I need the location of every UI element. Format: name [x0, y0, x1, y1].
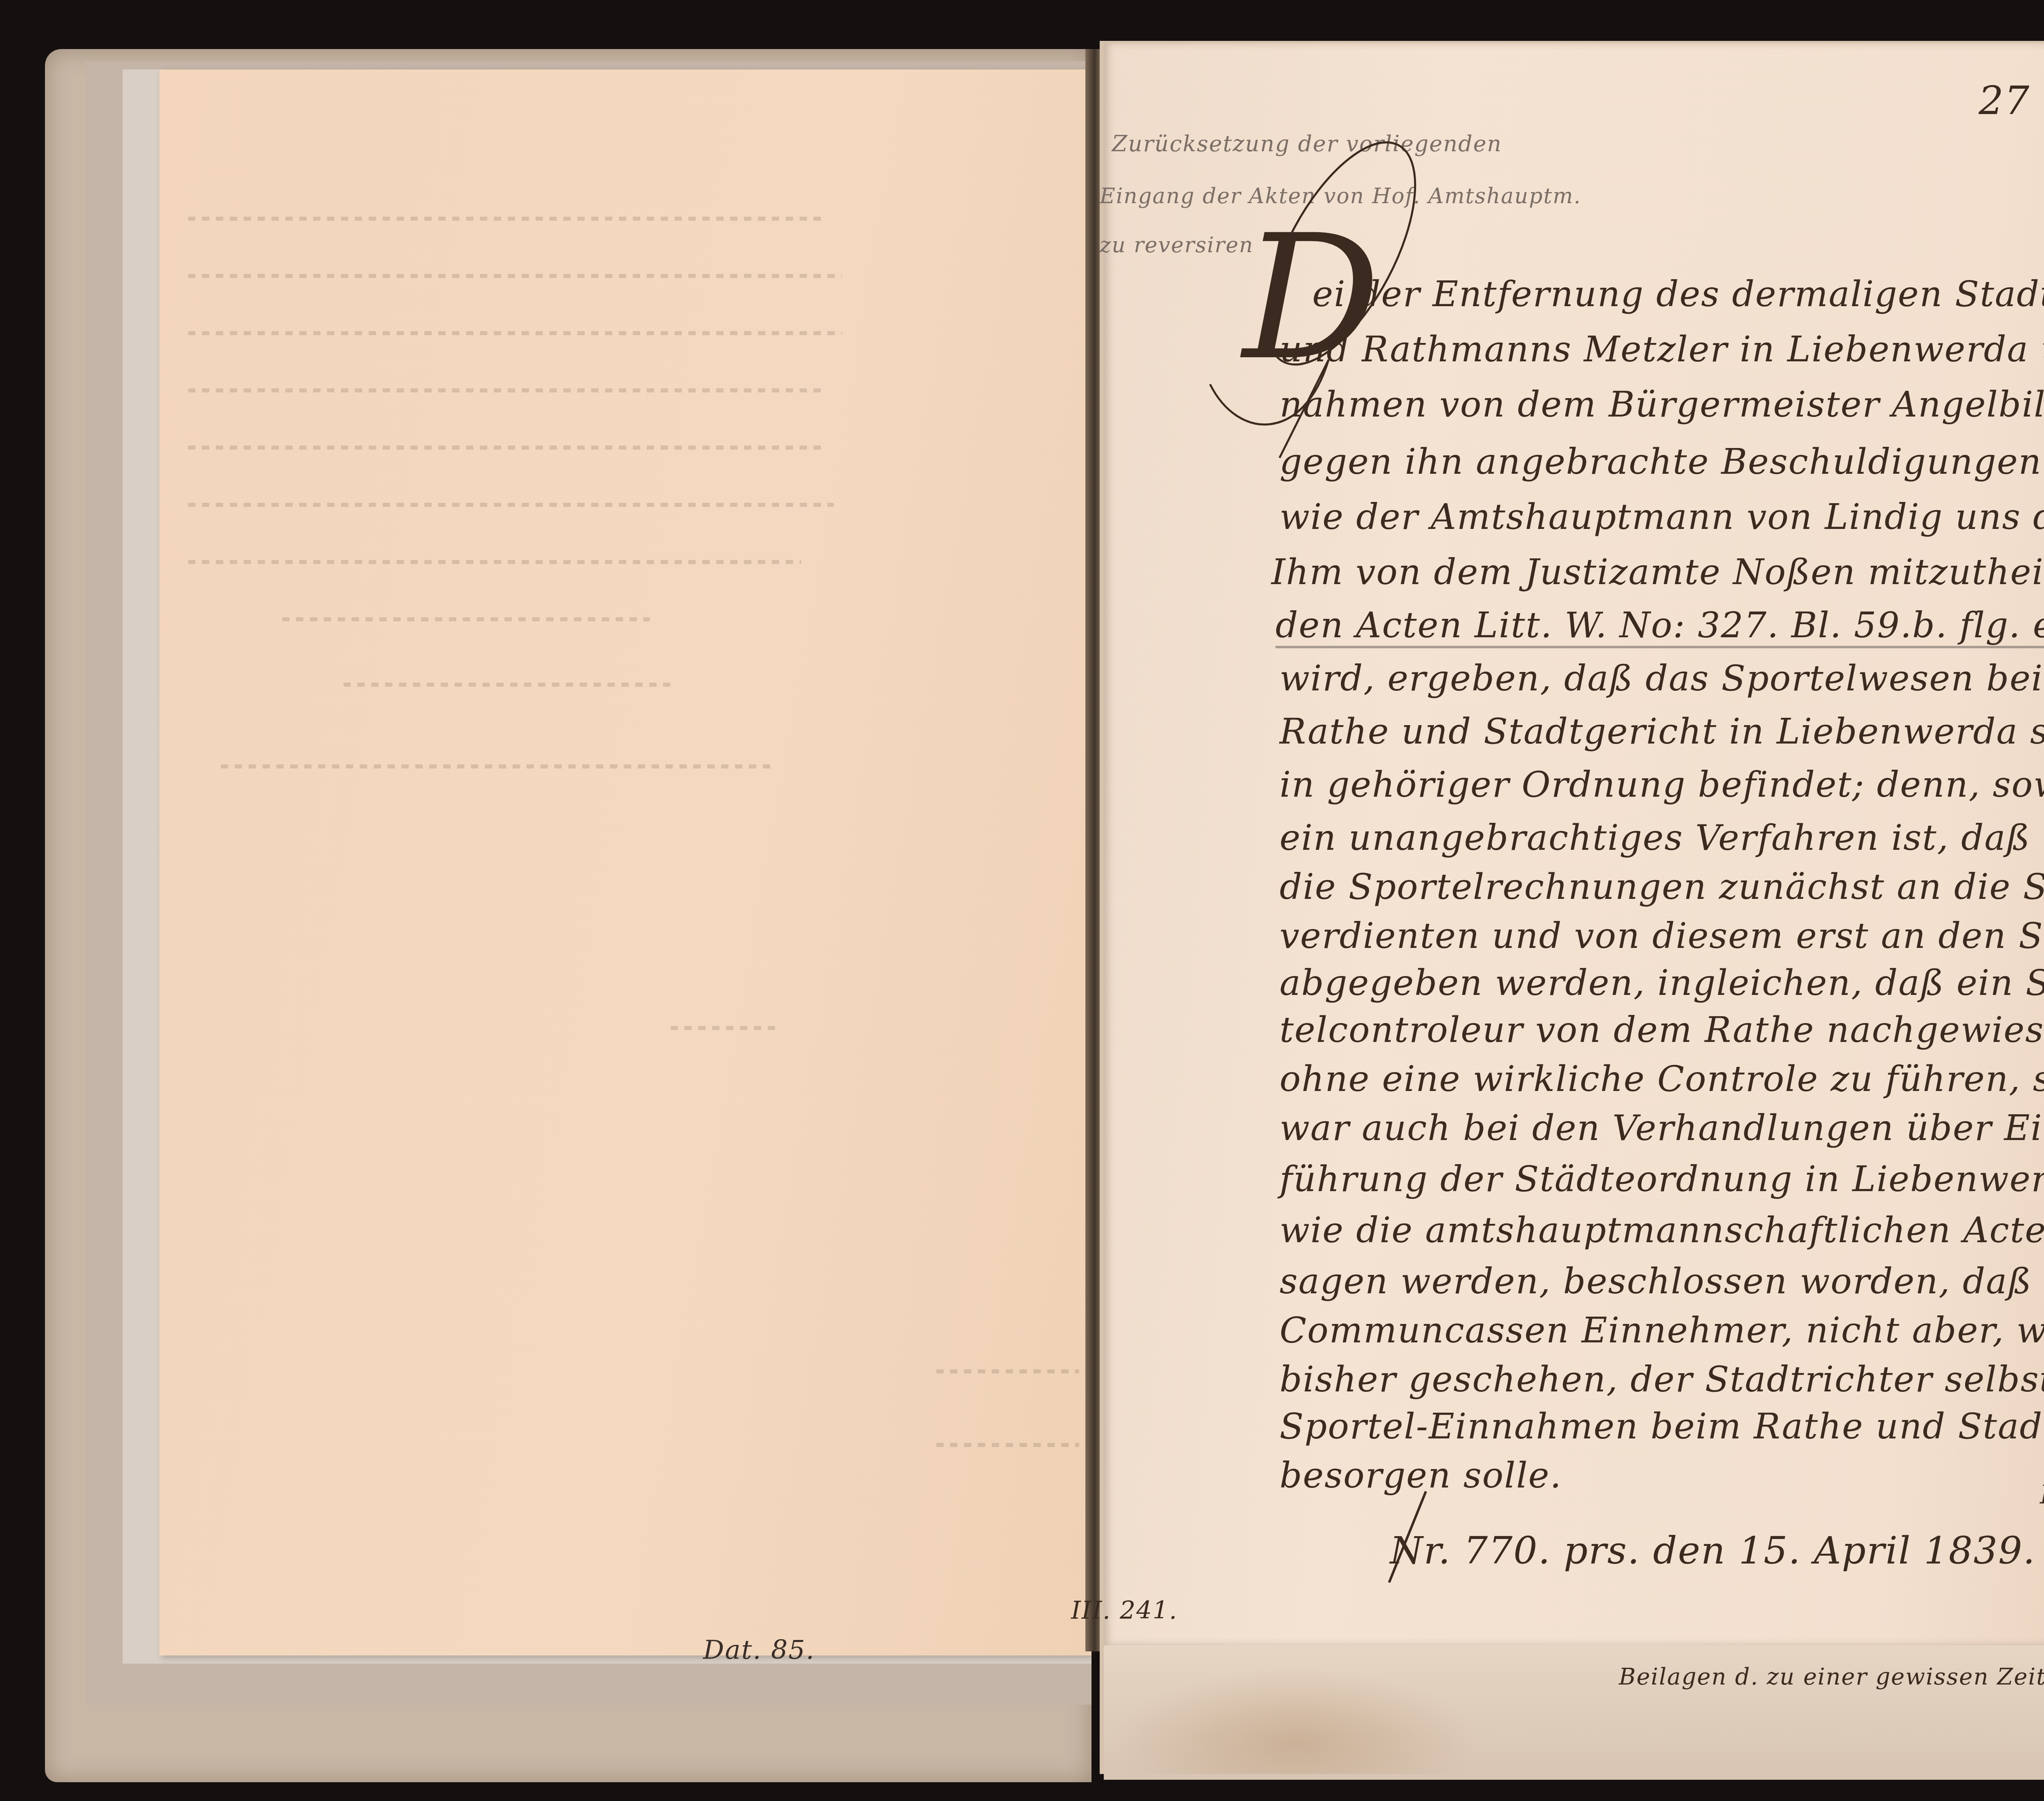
registry-note: Nr. 770. prs. den 15. April 1839. [1390, 1529, 2036, 1573]
body-line: ein unangebrachtiges Verfahren ist, daß [1280, 818, 2031, 858]
body-line: die Sportelrechnungen zunächst an die St… [1280, 867, 2044, 907]
body-line: führung der Städteordnung in Liebenwerda… [1280, 1159, 2044, 1200]
body-line: besorgen solle. [1280, 1455, 1562, 1496]
left-page-bottom-note: Dat. 85. [703, 1635, 815, 1665]
body-line: abgegeben werden, ingleichen, daß ein Sp… [1280, 963, 2044, 1004]
left-page [159, 69, 1091, 1655]
body-line: wie der Amtshauptmann von Lindig uns der [1280, 497, 2044, 538]
bottom-flap-note: Beilagen d. zu einer gewissen Zeit zu ve… [1619, 1664, 2044, 1690]
water-stain [1112, 1668, 1480, 1774]
body-line: sagen werden, beschlossen worden, daß de… [1280, 1261, 2044, 1302]
body-line: verdienten und von diesem erst an den St… [1280, 916, 2044, 957]
body-line: und Rathmanns Metzler in Liebenwerda übe… [1280, 329, 2044, 370]
body-line: in gehöriger Ordnung befindet; denn, sow… [1280, 764, 2044, 805]
body-line: gegen ihn angebrachte Beschuldigungen ha… [1280, 441, 2044, 482]
body-line: den Acten Litt. W. No: 327. Bl. 59.b. fl… [1275, 605, 2044, 648]
catchword: Die [2040, 1480, 2044, 1510]
body-line: Sportel-Einnahmen beim Rathe und Stadtge… [1280, 1406, 2044, 1447]
body-line: wie die amtshauptmannschaftlichen Acten … [1280, 1210, 2044, 1251]
body-line: nahmen von dem Bürgermeister Angelbilde [1280, 384, 2044, 425]
body-line: Ihm von dem Justizamte Noßen mitzutheile… [1271, 552, 2044, 593]
body-line: ohne eine wirkliche Controle zu führen, … [1280, 1059, 2044, 1100]
body-line: war auch bei den Verhandlungen über Ein- [1280, 1108, 2044, 1149]
body-line: wird, ergeben, daß das Sportelwesen bei … [1280, 658, 2044, 699]
folio-number: 27 [1979, 78, 2030, 123]
body-line: bisher geschehen, der Stadtrichter selbs… [1280, 1359, 2044, 1400]
body-line: ei der Entfernung des dermaligen Stadtri… [1312, 274, 2044, 315]
bottom-reference: III. 241. [1071, 1596, 1178, 1625]
body-line: telcontroleur von dem Rathe nachgewiesen… [1280, 1010, 2044, 1051]
body-line: Rathe und Stadtgericht in Liebenwerda si… [1280, 711, 2044, 752]
body-line: Communcassen Einnehmer, nicht aber, wie [1280, 1310, 2044, 1351]
